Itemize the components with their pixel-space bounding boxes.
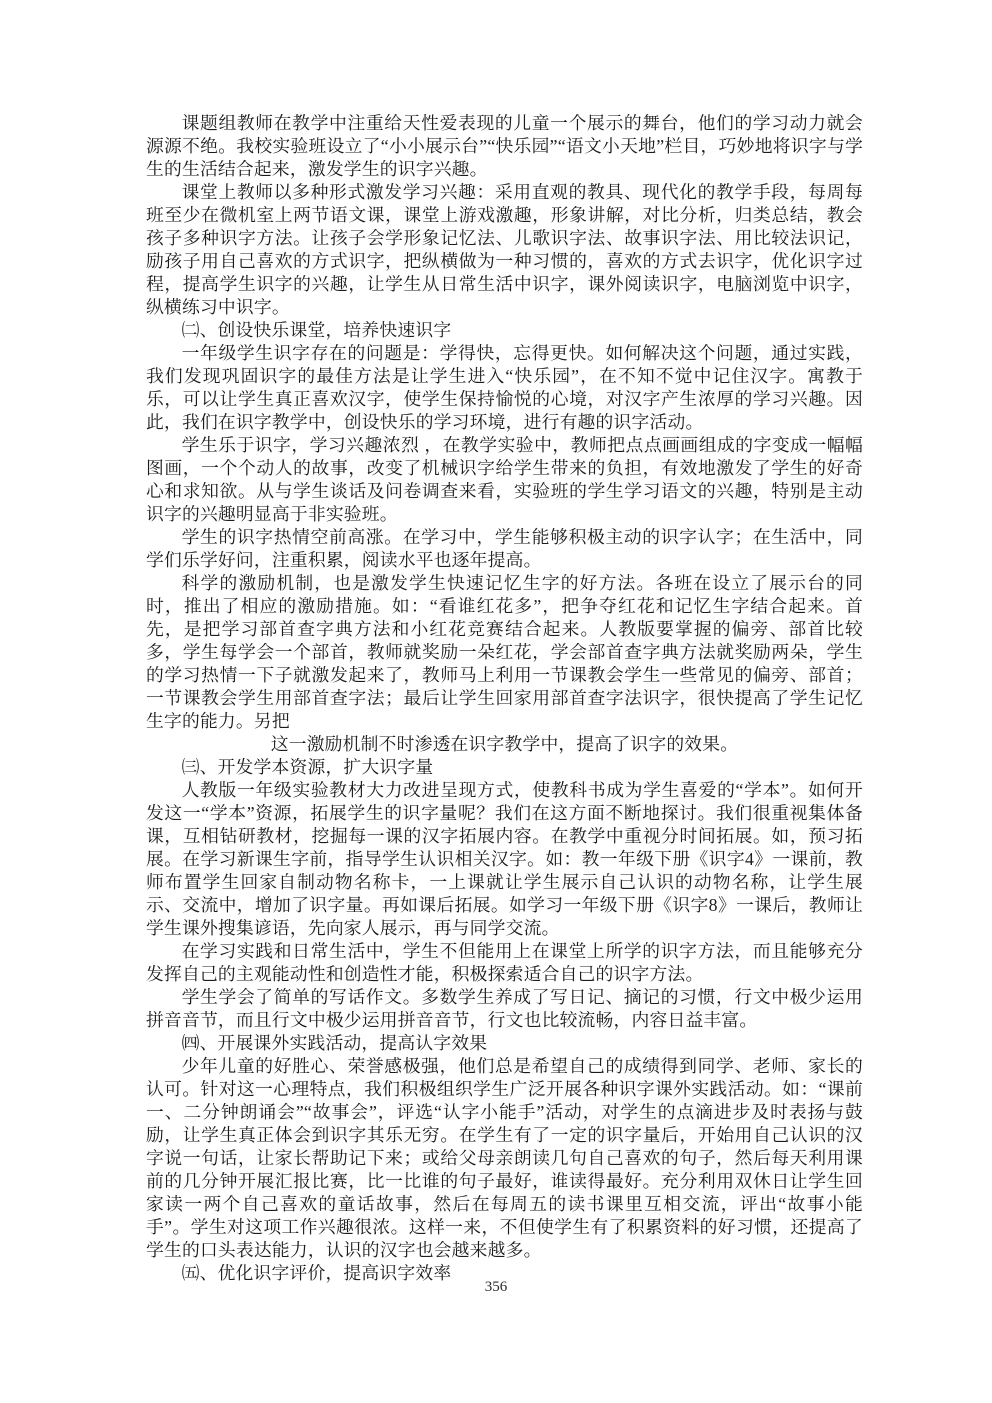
paragraph: 一年级学生识字存在的问题是：学得快，忘得更快。如何解决这个问题，通过实践，我们发… bbox=[146, 342, 863, 434]
paragraph: 科学的激励机制，也是激发学生快速记忆生字的好方法。各班在设立了展示台的同时，推出… bbox=[146, 572, 863, 733]
paragraph: 学生学会了简单的写话作文。多数学生养成了写日记、摘记的习惯，行文中极少运用拼音音… bbox=[146, 986, 863, 1032]
text-block: 课题组教师在教学中注重给天性爱表现的儿童一个展示的舞台，他们的学习动力就会源源不… bbox=[146, 112, 863, 1285]
paragraph: 少年儿童的好胜心、荣誉感极强，他们总是希望自己的成绩得到同学、老师、家长的认可。… bbox=[146, 1055, 863, 1262]
page-number: 356 bbox=[0, 1279, 992, 1296]
centered-line: 这一激励机制不时渗透在识字教学中，提高了识字的效果。 bbox=[146, 733, 863, 756]
section-heading-4: ㈣、开展课外实践活动，提高认字效果 bbox=[146, 1032, 863, 1055]
paragraph: 学生的识字热情空前高涨。在学习中，学生能够积极主动的识字认字；在生活中，同学们乐… bbox=[146, 526, 863, 572]
paragraph: 人教版一年级实验教材大力改进呈现方式，使教科书成为学生喜爱的“学本”。如何开发这… bbox=[146, 779, 863, 940]
document-page: 课题组教师在教学中注重给天性爱表现的儿童一个展示的舞台，他们的学习动力就会源源不… bbox=[0, 0, 992, 1403]
paragraph: 学生乐于识字，学习兴趣浓烈 ，在教学实验中，教师把点点画画组成的字变成一幅幅图画… bbox=[146, 434, 863, 526]
section-heading-2: ㈡、创设快乐课堂，培养快速识字 bbox=[146, 319, 863, 342]
paragraph: 在学习实践和日常生活中，学生不但能用上在课堂上所学的识字方法，而且能够充分发挥自… bbox=[146, 940, 863, 986]
paragraph: 课堂上教师以多种形式激发学习兴趣：采用直观的教具、现代化的教学手段，每周每班至少… bbox=[146, 181, 863, 319]
paragraph: 课题组教师在教学中注重给天性爱表现的儿童一个展示的舞台，他们的学习动力就会源源不… bbox=[146, 112, 863, 181]
section-heading-3: ㈢、开发学本资源，扩大识字量 bbox=[146, 756, 863, 779]
